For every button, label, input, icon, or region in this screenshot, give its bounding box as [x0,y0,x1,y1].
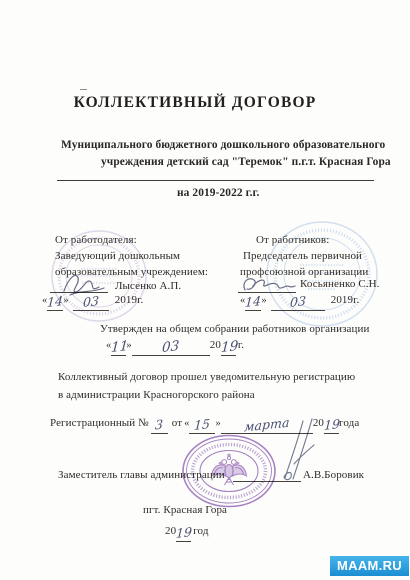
organization-line-1: Муниципального бюджетного дошкольного об… [61,138,385,152]
approval-date-day-handwritten: 11 [111,341,129,353]
approval-year-handwritten: 19 [221,341,239,353]
registration-label: Регистрационный № [50,417,149,429]
approval-text: Утвержден на общем собрании работников о… [100,323,369,337]
registration-number-blank: 3 [151,420,168,434]
employer-date-day-handwritten: 14 [47,296,64,308]
scan-artifact-dash [80,89,87,90]
registration-notice-line-2: в администрации Красногорского района [58,389,255,403]
workers-date-month-handwritten: 03 [289,296,306,308]
workers-date: «14»032019г. [240,294,359,311]
registration-year-blank: 19 [324,420,339,434]
employer-date-month-handwritten: 03 [82,296,99,308]
quote-close: » [261,295,266,306]
workers-name: Косьяненко С.Н. [300,278,380,292]
approval-date-month-blank: 03 [132,342,210,356]
employer-role-line-1: Заведующий дошкольным [55,250,180,264]
term-line: на 2019-2022 г.г. [177,186,259,200]
approval-year-suffix: г. [238,339,244,351]
approval-year-blank: 19 [221,342,236,356]
registration-month-handwritten: марта [244,418,290,433]
registration-notice-line-1: Коллективный договор прошел уведомительн… [58,371,355,385]
maam-watermark-badge: MAAM.RU [330,556,409,576]
registration-day-blank: 15 [189,420,215,434]
employer-date-month-blank: 03 [73,297,109,311]
footer-year-printed: 20 [165,525,176,537]
scanned-document-page: КОЛЛЕКТИВНЫЙ ДОГОВОР Муниципального бюдж… [0,0,410,580]
workers-role-line-1: Председатель первичной [243,250,362,264]
workers-date-day-handwritten: 14 [245,296,262,308]
footer-place: пгт. Красная Гора [143,504,227,518]
employer-date-year: 2019г. [115,294,144,306]
workers-date-day-blank: 14 [245,297,261,311]
organization-line-2: учреждения детский сад "Теремок" п.г.т. … [101,155,391,169]
workers-date-month-blank: 03 [271,297,325,311]
footer-year-word: год [193,525,208,537]
employer-signature-line [50,280,108,293]
employer-date-day-blank: 14 [47,297,63,311]
employer-role-line-2: образовательным учреждением: [55,266,208,280]
footer-year-handwritten: 19 [176,527,193,539]
quote-close: » [63,295,68,306]
workers-signature-line [238,280,296,293]
signoff-name: А.В.Боровик [303,469,364,483]
divider-rule [57,180,374,181]
approval-date-month-handwritten: 03 [162,341,180,353]
registration-year-handwritten: 19 [324,419,341,431]
footer-year: 2019год [165,525,209,542]
approval-date-day-blank: 11 [111,342,126,356]
registration-from-label: от [172,417,182,429]
employer-heading: От работодателя: [55,234,137,248]
registration-year-printed: 20 [313,417,324,429]
workers-heading: От работников: [256,234,329,248]
registration-line: Регистрационный №3от«15»марта2019года [50,417,359,434]
workers-date-year: 2019г. [331,294,360,306]
document-title: КОЛЛЕКТИВНЫЙ ДОГОВОР [0,93,400,112]
employer-date: «14»032019г. [42,294,143,311]
registration-day-handwritten: 15 [194,419,211,431]
signoff-signature-line [233,469,301,482]
signoff-role: Заместитель главы администрации [58,469,225,483]
registration-year-word: года [339,417,359,429]
approval-year-printed: 20 [210,339,221,351]
approval-date: «11»032019г. [106,339,244,356]
registration-month-blank: марта [221,420,313,434]
registration-number-handwritten: 3 [155,420,164,431]
footer-year-blank: 19 [176,528,191,542]
employer-name: Лысенко А.П. [115,280,181,294]
